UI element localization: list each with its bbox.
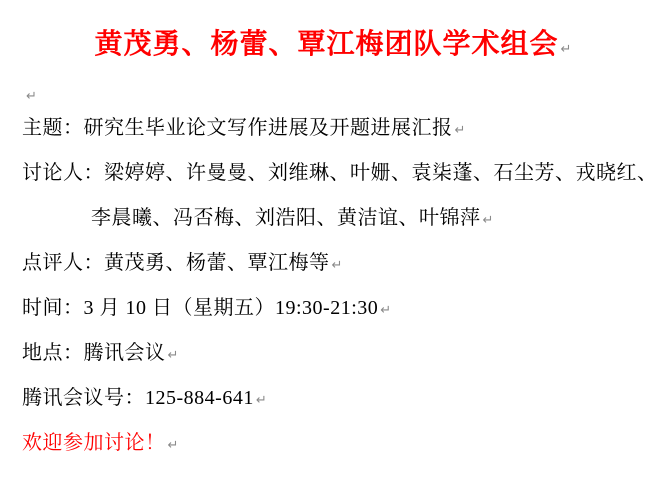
welcome-text: 欢迎参加讨论！ <box>22 432 166 454</box>
reviewers-text: 点评人：黄茂勇、杨蕾、覃江梅等 <box>22 252 330 274</box>
paragraph-mark-icon: ↵ <box>168 333 179 378</box>
meeting-id-text: 腾讯会议号：125-884-641 <box>22 387 254 409</box>
reviewers-line: 点评人：黄茂勇、杨蕾、覃江梅等↵ <box>0 241 667 286</box>
paragraph-mark-icon: ↵ <box>26 89 37 104</box>
paragraph-mark-icon: ↵ <box>332 243 343 288</box>
location-line: 地点：腾讯会议↵ <box>0 331 667 376</box>
time-line: 时间：3 月 10 日（星期五）19:30-21:30↵ <box>0 286 667 331</box>
document-title: 黄茂勇、杨蕾、覃江梅团队学术组会↵ <box>0 0 667 62</box>
paragraph-mark-icon: ↵ <box>256 378 267 423</box>
paragraph-mark-icon: ↵ <box>561 42 573 57</box>
discussants-text-2: 李晨曦、冯否梅、刘浩阳、黄洁谊、叶锦萍 <box>91 207 481 229</box>
location-text: 地点：腾讯会议 <box>22 342 166 364</box>
topic-line: 主题：研究生毕业论文写作进展及开题进展汇报↵ <box>0 106 667 151</box>
discussants-line-2: 李晨曦、冯否梅、刘浩阳、黄洁谊、叶锦萍↵ <box>0 196 667 241</box>
discussants-text-1: 讨论人：梁婷婷、许曼曼、刘维琳、叶姗、袁柒蓬、石尘芳、戎晓红、 <box>22 162 658 184</box>
document-page: 黄茂勇、杨蕾、覃江梅团队学术组会↵ ↵ 主题：研究生毕业论文写作进展及开题进展汇… <box>0 0 667 494</box>
paragraph-mark-icon: ↵ <box>380 288 391 333</box>
paragraph-mark-icon: ↵ <box>455 108 466 153</box>
welcome-line: 欢迎参加讨论！↵ <box>0 421 667 466</box>
time-text: 时间：3 月 10 日（星期五）19:30-21:30 <box>22 297 378 319</box>
paragraph-mark-icon: ↵ <box>483 198 494 243</box>
topic-text: 主题：研究生毕业论文写作进展及开题进展汇报 <box>22 117 453 139</box>
discussants-line-1: 讨论人：梁婷婷、许曼曼、刘维琳、叶姗、袁柒蓬、石尘芳、戎晓红、 <box>0 151 667 196</box>
meeting-id-line: 腾讯会议号：125-884-641↵ <box>0 376 667 421</box>
document-body: 主题：研究生毕业论文写作进展及开题进展汇报↵ 讨论人：梁婷婷、许曼曼、刘维琳、叶… <box>0 104 667 466</box>
empty-paragraph: ↵ <box>0 62 667 104</box>
document-title-text: 黄茂勇、杨蕾、覃江梅团队学术组会 <box>95 29 559 60</box>
paragraph-mark-icon: ↵ <box>168 423 179 468</box>
